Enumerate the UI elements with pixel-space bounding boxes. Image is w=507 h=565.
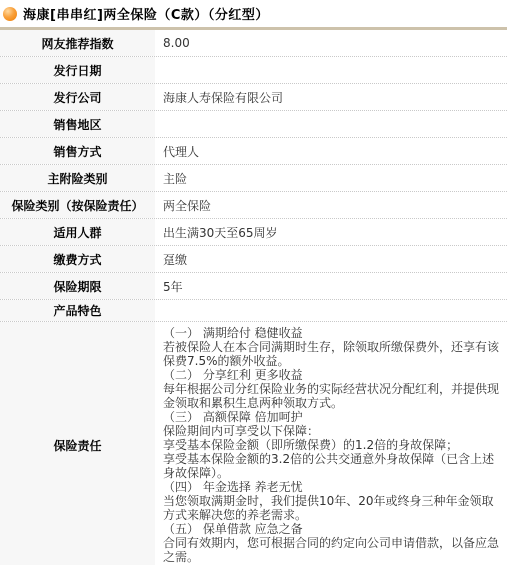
row-value: 两全保险 [155, 192, 507, 218]
row-label: 保险期限 [0, 273, 155, 299]
row-label: 销售方式 [0, 138, 155, 164]
row-target-group: 适用人群 出生满30天至65周岁 [0, 219, 507, 246]
row-value [155, 111, 507, 137]
row-value: 8.00 [155, 30, 507, 56]
orange-ball-icon [3, 7, 17, 21]
product-header: 海康[串串红]两全保险（C款）（分红型） [0, 0, 507, 27]
row-value: 代理人 [155, 138, 507, 164]
row-label: 适用人群 [0, 219, 155, 245]
row-recommend-index: 网友推荐指数 8.00 [0, 30, 507, 57]
liability-section: （三） 高额保障 倍加呵护 保险期间内可享受以下保障： 享受基本保险金额（即所缴… [163, 410, 501, 480]
liability-heading: （五） 保单借款 应急之备 [163, 522, 501, 536]
row-sales-region: 销售地区 [0, 111, 507, 138]
row-value [155, 57, 507, 83]
row-label: 缴费方式 [0, 246, 155, 272]
liability-heading: （一） 满期给付 稳健收益 [163, 326, 501, 340]
row-label: 保险类别（按保险责任） [0, 192, 155, 218]
row-label: 发行公司 [0, 84, 155, 110]
row-product-features: 产品特色 [0, 300, 507, 322]
row-label: 销售地区 [0, 111, 155, 137]
row-main-rider-type: 主附险类别 主险 [0, 165, 507, 192]
liability-section: （一） 满期给付 稳健收益 若被保险人在本合同满期时生存，除领取所缴保费外，还享… [163, 326, 501, 368]
row-label: 保险责任 [0, 322, 155, 565]
row-value: 出生满30天至65周岁 [155, 219, 507, 245]
row-label: 发行日期 [0, 57, 155, 83]
liability-heading: （四） 年金选择 养老无忧 [163, 480, 501, 494]
liability-heading: （三） 高额保障 倍加呵护 [163, 410, 501, 424]
row-value: 海康人寿保险有限公司 [155, 84, 507, 110]
liability-content: （一） 满期给付 稳健收益 若被保险人在本合同满期时生存，除领取所缴保费外，还享… [155, 322, 507, 565]
liability-body: 合同有效期内，您可根据合同的约定向公司申请借款，以备应急之需。 [163, 536, 501, 564]
row-payment-method: 缴费方式 趸缴 [0, 246, 507, 273]
page-title: 海康[串串红]两全保险（C款）（分红型） [23, 4, 269, 23]
liability-section: （五） 保单借款 应急之备 合同有效期内，您可根据合同的约定向公司申请借款，以备… [163, 522, 501, 564]
row-value: 趸缴 [155, 246, 507, 272]
row-value [155, 300, 507, 321]
row-insurance-category: 保险类别（按保险责任） 两全保险 [0, 192, 507, 219]
row-label: 网友推荐指数 [0, 30, 155, 56]
product-info-table: 网友推荐指数 8.00 发行日期 发行公司 海康人寿保险有限公司 销售地区 销售… [0, 30, 507, 565]
row-sales-method: 销售方式 代理人 [0, 138, 507, 165]
liability-heading: （二） 分享红利 更多收益 [163, 368, 501, 382]
liability-section: （二） 分享红利 更多收益 每年根据公司分红保险业务的实际经营状况分配红利，并提… [163, 368, 501, 410]
row-insurance-period: 保险期限 5年 [0, 273, 507, 300]
row-issue-date: 发行日期 [0, 57, 507, 84]
row-label: 主附险类别 [0, 165, 155, 191]
liability-body: 每年根据公司分红保险业务的实际经营状况分配红利，并提供现金领取和累积生息两种领取… [163, 382, 501, 410]
row-value: 主险 [155, 165, 507, 191]
liability-body: 保险期间内可享受以下保障： 享受基本保险金额（即所缴保费）的1.2倍的身故保障；… [163, 424, 501, 480]
row-insurance-liability: 保险责任 （一） 满期给付 稳健收益 若被保险人在本合同满期时生存，除领取所缴保… [0, 322, 507, 565]
liability-body: 若被保险人在本合同满期时生存，除领取所缴保费外，还享有该保费7.5%的额外收益。 [163, 340, 501, 368]
row-label: 产品特色 [0, 300, 155, 321]
liability-section: （四） 年金选择 养老无忧 当您领取满期金时，我们提供10年、20年或终身三种年… [163, 480, 501, 522]
liability-body: 当您领取满期金时，我们提供10年、20年或终身三种年金领取方式来解决您的养老需求… [163, 494, 501, 522]
row-issue-company: 发行公司 海康人寿保险有限公司 [0, 84, 507, 111]
row-value: 5年 [155, 273, 507, 299]
